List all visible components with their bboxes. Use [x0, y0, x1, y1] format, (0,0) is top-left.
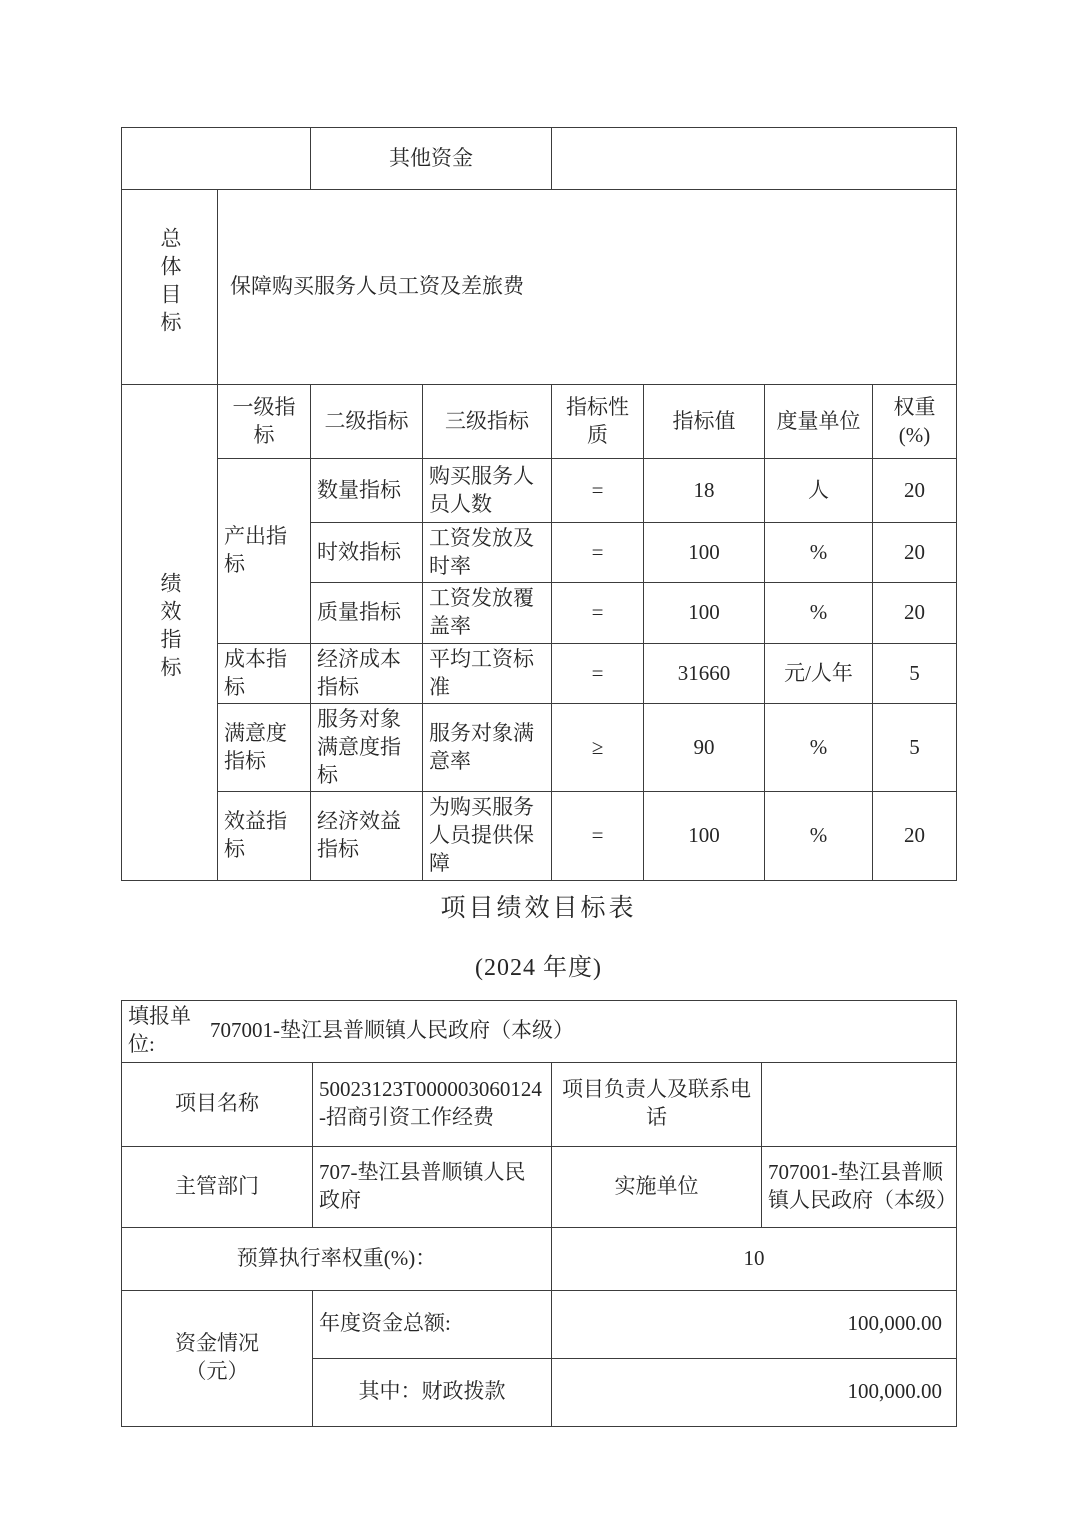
cell-level1: 产出指标 — [218, 459, 311, 644]
cell-level3: 购买服务人员人数 — [423, 459, 552, 523]
overall-goal-label: 总体目标 — [159, 227, 180, 339]
table-row: 项目名称 50023123T000003060124-招商引资工作经费 项目负责… — [122, 1062, 957, 1146]
cell-weight: 5 — [873, 704, 957, 792]
cell-value: 90 — [644, 704, 765, 792]
cell-weight: 5 — [873, 643, 957, 703]
performance-indicator-side-label: 绩效指标 — [159, 572, 180, 684]
cell-level1: 成本指标 — [218, 643, 311, 703]
impl-unit-label: 实施单位 — [552, 1146, 762, 1227]
project-leader-label: 项目负责人及联系电话 — [552, 1062, 762, 1146]
indicator-row: 满意度指标 服务对象满意度指标 服务对象满意率 ≥ 90 % 5 — [122, 704, 957, 792]
cell-unit: % — [765, 523, 873, 583]
cell-nature: = — [552, 792, 644, 880]
cell-value: 100 — [644, 583, 765, 643]
table-row: 主管部门 707-垫江县普顺镇人民政府 实施单位 707001-垫江县普顺镇人民… — [122, 1146, 957, 1227]
cell-nature: = — [552, 459, 644, 523]
table-row: 预算执行率权重(%)： 10 — [122, 1227, 957, 1290]
annual-total-label: 年度资金总额: — [313, 1290, 552, 1358]
cell-level2: 服务对象满意度指标 — [311, 704, 423, 792]
header-level3: 三级指标 — [423, 385, 552, 459]
cell-unit: 元/人年 — [765, 643, 873, 703]
cell-level2: 质量指标 — [311, 583, 423, 643]
header-unit: 度量单位 — [765, 385, 873, 459]
project-leader-value — [762, 1062, 957, 1146]
cell-level3: 平均工资标准 — [423, 643, 552, 703]
indicator-header-row: 绩效指标 一级指标 二级指标 三级指标 指标性质 指标值 度量单位 权重 (%) — [122, 385, 957, 459]
cell-value: 18 — [644, 459, 765, 523]
project-name-label: 项目名称 — [122, 1062, 313, 1146]
cell-value: 100 — [644, 792, 765, 880]
cell-level3: 为购买服务人员提供保障 — [423, 792, 552, 880]
cell-unit: % — [765, 792, 873, 880]
cell-level3: 工资发放覆盖率 — [423, 583, 552, 643]
performance-target-table: 其他资金 总体目标 保障购买服务人员工资及差旅费 绩效指标 一级指标 二级指标 … — [121, 127, 957, 881]
cell-unit: 人 — [765, 459, 873, 523]
funds-label: 资金情况 （元） — [122, 1290, 313, 1426]
fiscal-alloc-value: 100,000.00 — [552, 1358, 957, 1426]
cell-nature: = — [552, 643, 644, 703]
project-name-value: 50023123T000003060124-招商引资工作经费 — [313, 1062, 552, 1146]
table-row: 填报单位: 707001-垫江县普顺镇人民政府（本级） — [122, 1000, 957, 1062]
overall-goal-label-cell: 总体目标 — [122, 190, 218, 385]
impl-unit-value: 707001-垫江县普顺镇人民政府（本级） — [762, 1146, 957, 1227]
performance-indicator-side-cell: 绩效指标 — [122, 385, 218, 881]
cell-weight: 20 — [873, 523, 957, 583]
cell-level2: 经济成本指标 — [311, 643, 423, 703]
other-funds-label: 其他资金 — [311, 128, 552, 190]
cell-nature: = — [552, 583, 644, 643]
cell-level1: 效益指标 — [218, 792, 311, 880]
header-level1: 一级指标 — [218, 385, 311, 459]
budget-weight-label: 预算执行率权重(%)： — [122, 1227, 552, 1290]
cell-value: 31660 — [644, 643, 765, 703]
cell-unit: % — [765, 704, 873, 792]
empty-cell — [122, 128, 311, 190]
table-row: 其他资金 — [122, 128, 957, 190]
annual-total-value: 100,000.00 — [552, 1290, 957, 1358]
table-row: 资金情况 （元） 年度资金总额: 100,000.00 — [122, 1290, 957, 1358]
cell-weight: 20 — [873, 792, 957, 880]
header-nature: 指标性质 — [552, 385, 644, 459]
indicator-row: 产出指标 数量指标 购买服务人员人数 = 18 人 20 — [122, 459, 957, 523]
overall-goal-text: 保障购买服务人员工资及差旅费 — [218, 190, 957, 385]
indicator-row: 成本指标 经济成本指标 平均工资标准 = 31660 元/人年 5 — [122, 643, 957, 703]
cell-level3: 服务对象满意率 — [423, 704, 552, 792]
other-funds-value-cell — [552, 128, 957, 190]
dept-value: 707-垫江县普顺镇人民政府 — [313, 1146, 552, 1227]
cell-weight: 20 — [873, 459, 957, 523]
header-weight: 权重 (%) — [873, 385, 957, 459]
cell-weight: 20 — [873, 583, 957, 643]
page-subtitle: (2024 年度) — [121, 951, 956, 985]
reporting-unit-value: 707001-垫江县普顺镇人民政府（本级） — [208, 1017, 950, 1045]
header-level2: 二级指标 — [311, 385, 423, 459]
cell-level1: 满意度指标 — [218, 704, 311, 792]
fiscal-alloc-label: 其中：财政拨款 — [313, 1358, 552, 1426]
budget-weight-value: 10 — [552, 1227, 957, 1290]
cell-nature: = — [552, 523, 644, 583]
document-content: 其他资金 总体目标 保障购买服务人员工资及差旅费 绩效指标 一级指标 二级指标 … — [121, 127, 956, 1427]
page-title: 项目绩效目标表 — [121, 892, 956, 926]
project-info-table: 填报单位: 707001-垫江县普顺镇人民政府（本级） 项目名称 5002312… — [121, 1000, 957, 1427]
table-row: 总体目标 保障购买服务人员工资及差旅费 — [122, 190, 957, 385]
cell-level2: 经济效益指标 — [311, 792, 423, 880]
document-page: 其他资金 总体目标 保障购买服务人员工资及差旅费 绩效指标 一级指标 二级指标 … — [0, 0, 1074, 1520]
cell-value: 100 — [644, 523, 765, 583]
cell-level2: 时效指标 — [311, 523, 423, 583]
cell-nature: ≥ — [552, 704, 644, 792]
cell-level3: 工资发放及时率 — [423, 523, 552, 583]
reporting-unit-label: 填报单位: — [128, 1003, 208, 1058]
header-value: 指标值 — [644, 385, 765, 459]
cell-level2: 数量指标 — [311, 459, 423, 523]
reporting-unit-cell: 填报单位: 707001-垫江县普顺镇人民政府（本级） — [122, 1000, 957, 1062]
dept-label: 主管部门 — [122, 1146, 313, 1227]
reporting-unit-flex: 填报单位: 707001-垫江县普顺镇人民政府（本级） — [128, 1003, 950, 1058]
cell-unit: % — [765, 583, 873, 643]
indicator-row: 效益指标 经济效益指标 为购买服务人员提供保障 = 100 % 20 — [122, 792, 957, 880]
